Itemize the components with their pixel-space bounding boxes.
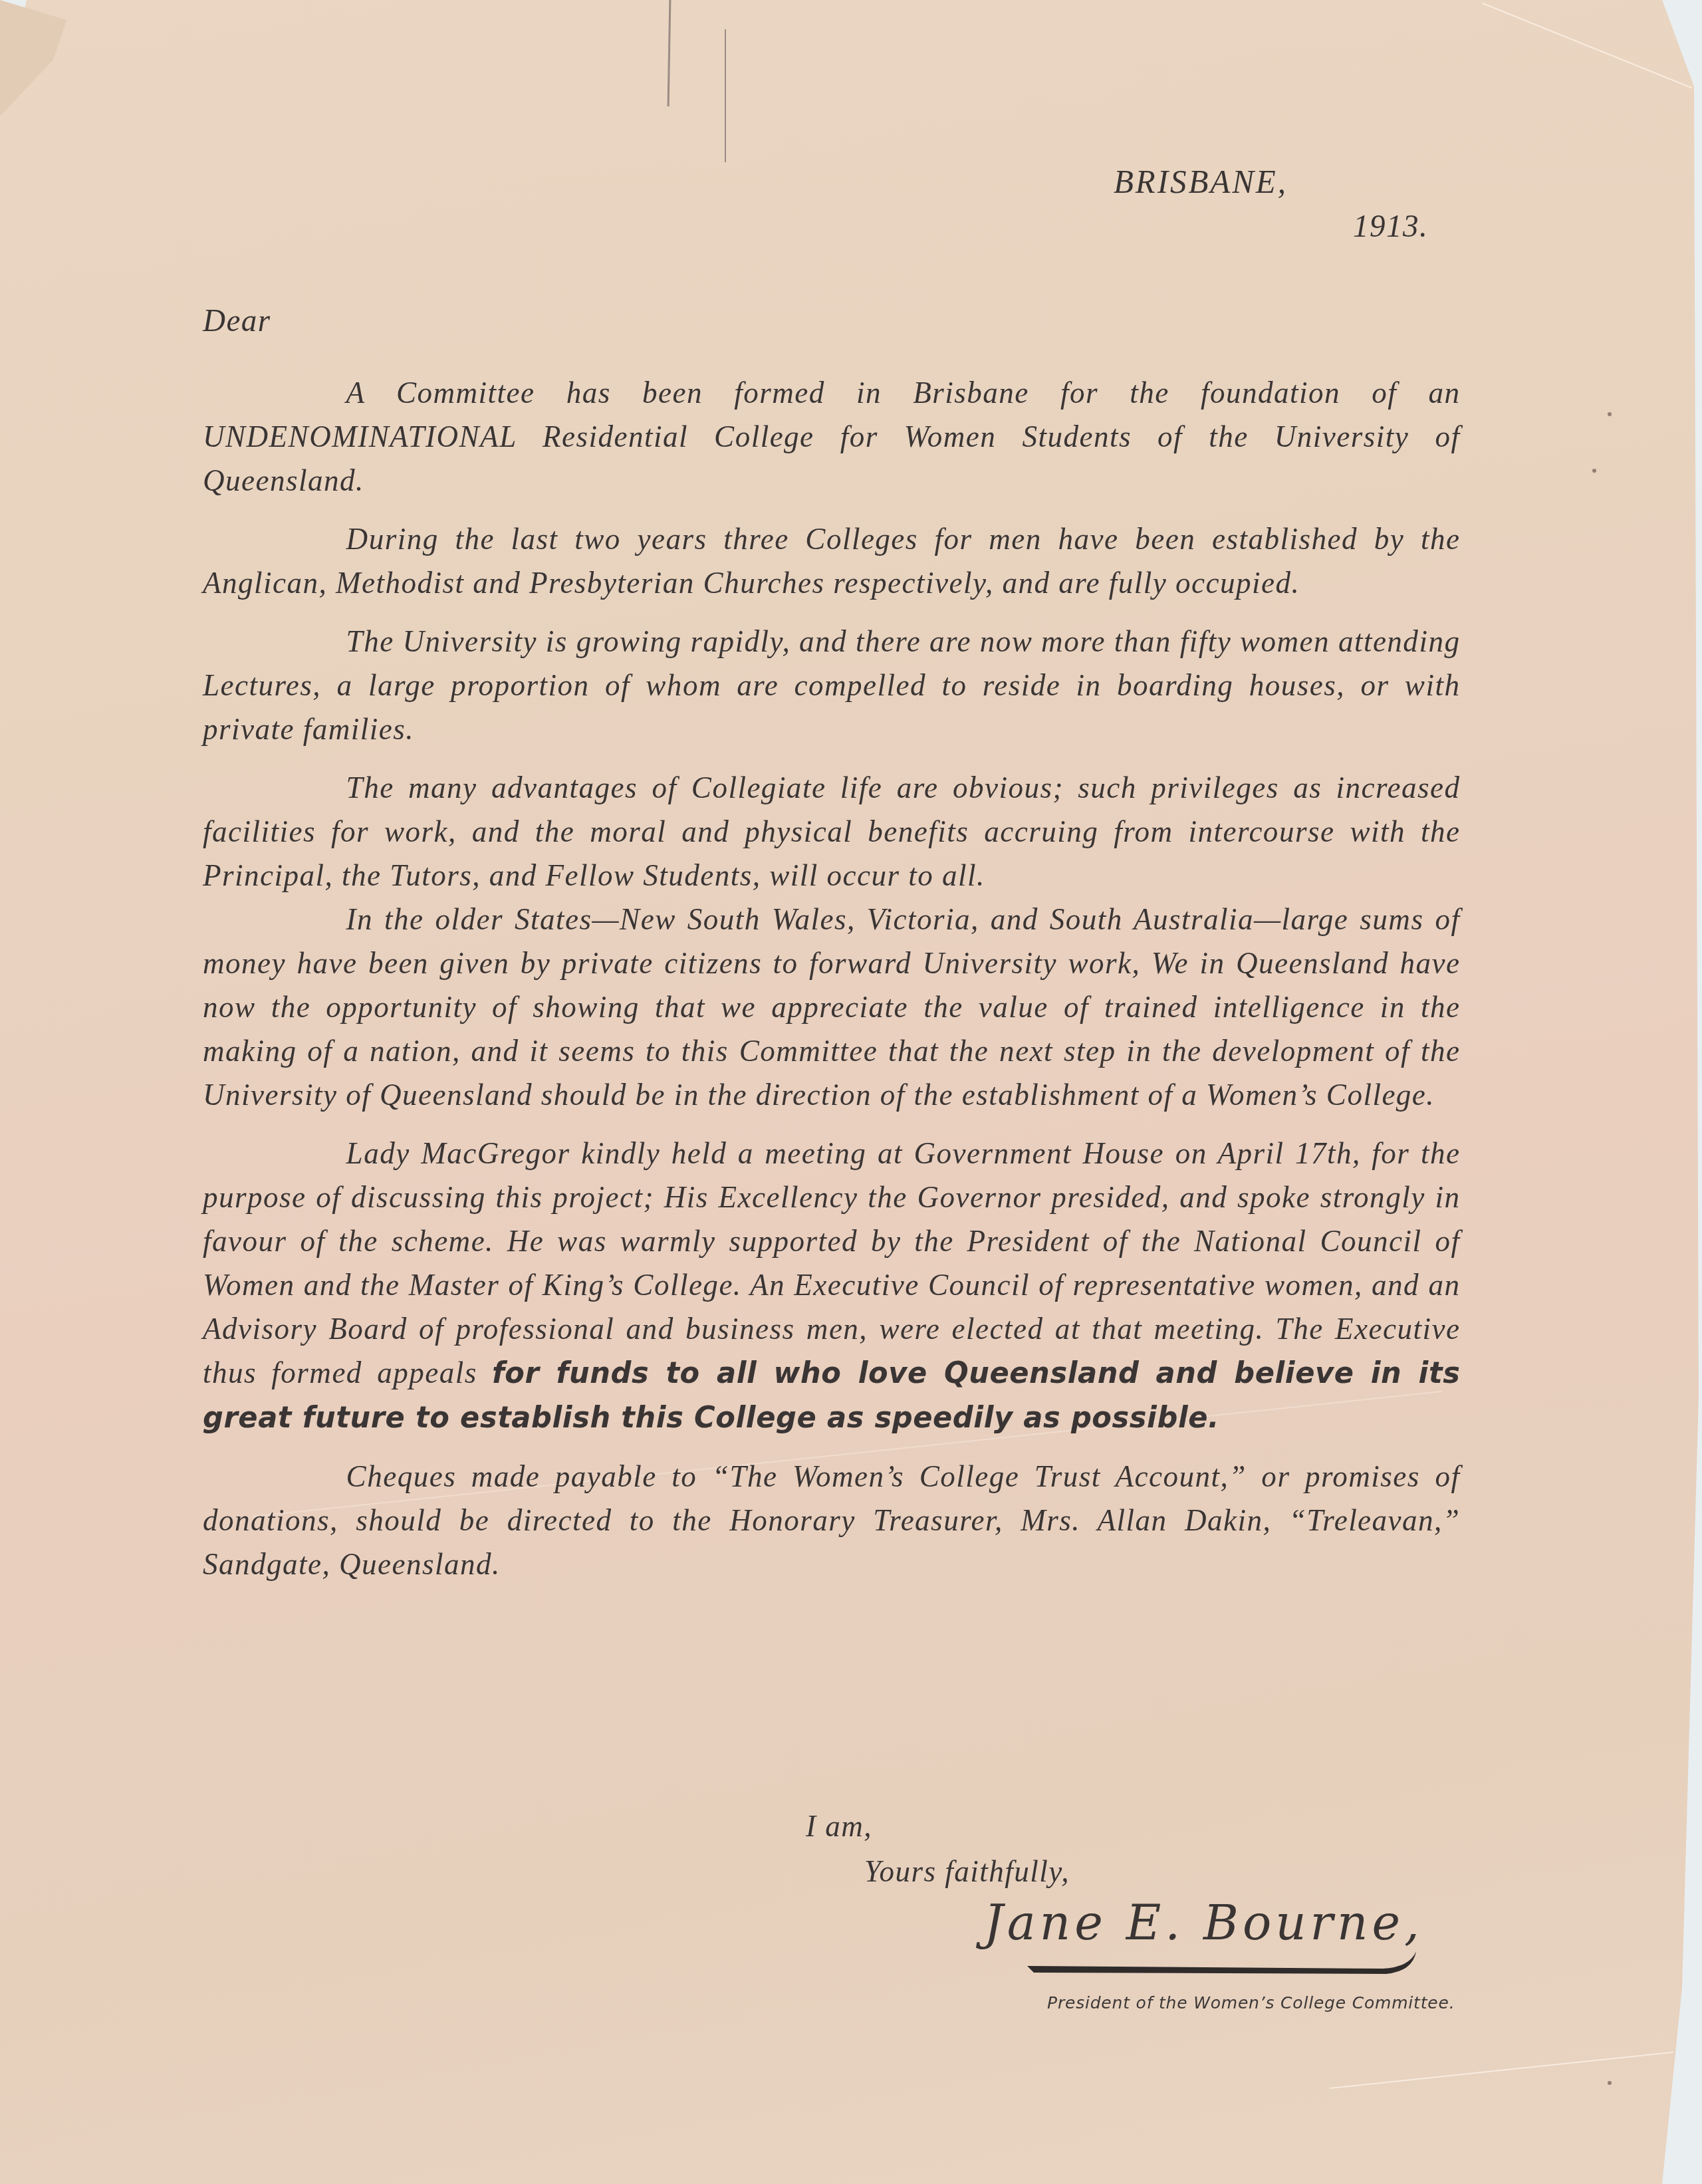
meeting-text: Lady MacGregor kindly held a meeting at … [203,1136,1460,1390]
paragraph-cheques: Cheques made payable to “The Women’s Col… [203,1455,1460,1586]
ink-speck [1608,2081,1612,2085]
signature-flourish [1024,1951,1423,1978]
signatory-title: President of the Women’s College Committ… [1047,1993,1455,2012]
signature: Jane E. Bourne, [984,1895,1423,1951]
letter-place: BRISBANE, [1114,160,1288,203]
paragraph-collegiate-advantages: The many advantages of Collegiate life a… [203,766,1460,898]
letter-paragraphs: A Committee has been formed in Brisbane … [203,371,1486,1601]
paragraph-older-states: In the older States—New South Wales, Vic… [203,898,1460,1117]
salutation: Dear [203,299,271,343]
paragraph-committee: A Committee has been formed in Brisbane … [203,371,1460,503]
closing-line-1: I am, [806,1804,872,1848]
ink-speck [1592,469,1596,473]
paragraph-mens-colleges: During the last two years three Colleges… [203,517,1460,605]
paragraph-government-house-meeting: Lady MacGregor kindly held a meeting at … [203,1132,1460,1440]
letter-year: 1913. [1353,205,1428,249]
paragraph-university-growth: The University is growing rapidly, and t… [203,620,1460,751]
closing-line-2: Yours faithfully, [864,1850,1070,1893]
pencil-mark [725,29,726,162]
ink-speck [1608,412,1612,416]
